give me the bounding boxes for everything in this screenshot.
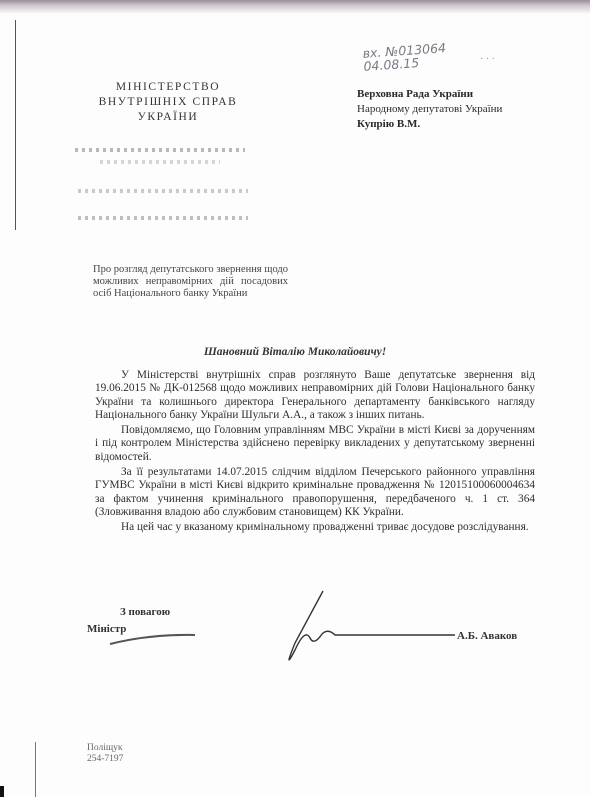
signature-icon (100, 588, 460, 668)
letterhead-line: ВНУТРІШНІХ СПРАВ (78, 95, 258, 110)
page-edge-line (15, 20, 16, 230)
stamp-marks: · · · (480, 54, 495, 65)
paragraph: За її результатами 14.07.2015 слідчим ві… (95, 466, 535, 519)
subject-line: Про розгляд депутатського звернення щодо… (93, 264, 288, 300)
letter-body: У Міністерстві внутрішніх справ розгляну… (95, 369, 535, 537)
letterhead-line: УКРАЇНИ (78, 110, 258, 125)
letterhead: МІНІСТЕРСТВО ВНУТРІШНІХ СПРАВ УКРАЇНИ (78, 80, 258, 125)
reference-line-illegible (78, 189, 248, 193)
scan-corner (0, 786, 4, 797)
paragraph: На цей час у вказаному кримінальному про… (95, 521, 535, 534)
paragraph: Повідомляємо, що Головним управлінням МВ… (95, 424, 535, 464)
recipient-block: Верховна Рада України Народному депутато… (357, 87, 502, 132)
recipient-line: Народному депутатові України (357, 102, 502, 117)
executor-phone: 254-7197 (87, 754, 123, 765)
address-line-illegible (75, 148, 245, 152)
address-line-illegible (100, 160, 220, 164)
reference-line-illegible (78, 216, 248, 220)
recipient-line: Верховна Рада України (357, 87, 502, 102)
salutation: Шановний Віталію Миколайовичу! (60, 346, 530, 358)
scan-top-shadow (0, 0, 590, 14)
executor-name: Поліщук (87, 743, 123, 754)
paragraph: У Міністерстві внутрішніх справ розгляну… (95, 369, 535, 422)
executor-block: Поліщук 254-7197 (87, 743, 123, 765)
recipient-line: Купрію В.М. (357, 117, 502, 132)
page-edge-line (35, 742, 36, 797)
registration-stamp: вх. №013064 04.08.15 (362, 41, 447, 73)
signer-name: А.Б. Аваков (457, 630, 517, 642)
letterhead-line: МІНІСТЕРСТВО (78, 80, 258, 95)
